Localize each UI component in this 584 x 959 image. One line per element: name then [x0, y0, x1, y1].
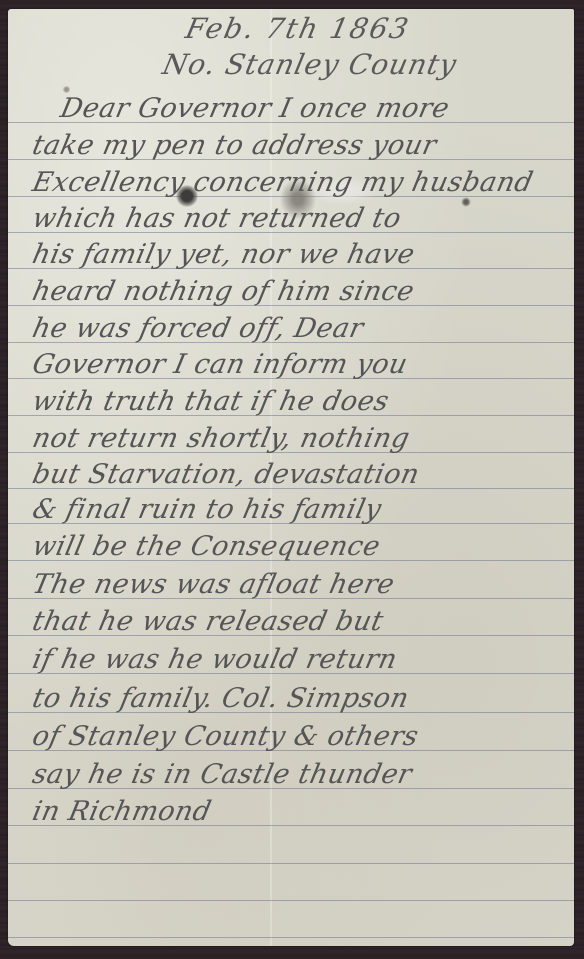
- letter-line: say he is in Castle thunder: [30, 761, 415, 788]
- ruled-line: [8, 900, 574, 901]
- letter-line: that he was released but: [30, 608, 386, 635]
- letter-line: Governor I can inform you: [30, 351, 410, 378]
- ink-spot: [62, 86, 71, 93]
- letter-line: to his family. Col. Simpson: [30, 685, 411, 712]
- letter-page: Feb. 7th 1863 No. Stanley County Dear Go…: [8, 9, 574, 946]
- letter-line: which has not returned to: [30, 205, 404, 232]
- letter-line: The news was afloat here: [30, 571, 397, 598]
- letter-line: but Starvation, devastation: [30, 461, 422, 488]
- letter-line: of Stanley County & others: [30, 723, 421, 750]
- letter-date: Feb. 7th 1863: [183, 15, 412, 43]
- letter-line: not return shortly, nothing: [30, 425, 412, 452]
- letter-line: Excellency concerning my husband: [30, 169, 536, 196]
- letter-line: he was forced off, Dear: [30, 315, 366, 342]
- letter-line: heard nothing of him since: [30, 278, 417, 305]
- ink-spot: [461, 197, 471, 207]
- letter-line: if he was he would return: [30, 646, 400, 673]
- letter-line: take my pen to address your: [30, 132, 439, 159]
- letter-line: Dear Governor I once more: [58, 95, 452, 122]
- ruled-line: [8, 937, 574, 938]
- ruled-line: [8, 863, 574, 864]
- letter-line: & final ruin to his family: [30, 496, 384, 523]
- letter-line: will be the Consequence: [30, 533, 383, 560]
- letter-place: No. Stanley County: [160, 51, 459, 79]
- letter-line: in Richmond: [30, 798, 214, 825]
- letter-line: with truth that if he does: [30, 388, 392, 415]
- letter-line: his family yet, nor we have: [30, 241, 417, 268]
